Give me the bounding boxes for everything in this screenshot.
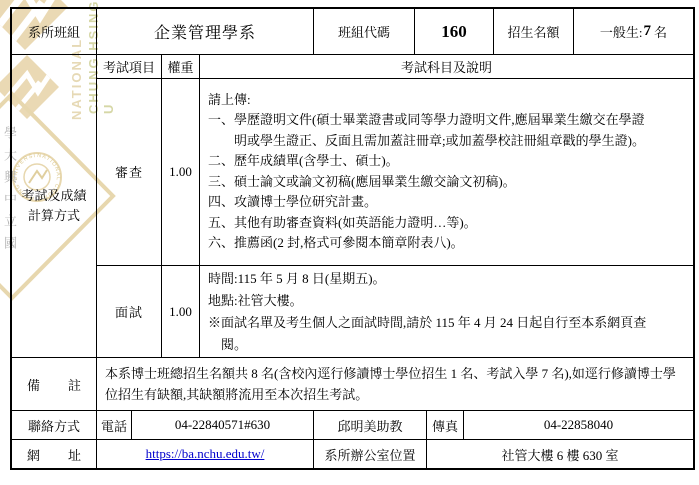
website-cell: https://ba.nchu.edu.tw/: [97, 440, 314, 468]
review-row: 審查 1.00 請上傳: 一、學歷證明文件(碩士畢業證書或同等學力證明文件,應屆…: [97, 79, 693, 266]
remarks-row: 備註 本系博士班總招生名額共 8 名(含校內逕行修讀博士學位招生 1 名、考試入…: [12, 358, 693, 411]
review-line: 明或學生證正、反面且需加蓋註冊章;或加蓋學校註冊組章戳的學生證)。: [208, 131, 645, 152]
office-location-value: 社管大樓 6 樓 630 室: [427, 440, 693, 468]
interview-weight: 1.00: [162, 266, 200, 357]
dept-name: 企業管理學系: [97, 9, 314, 54]
website-link[interactable]: https://ba.nchu.edu.tw/: [146, 446, 265, 462]
review-line: 四、攻讀博士學位研究計畫。: [208, 192, 377, 213]
interview-line: 時間:115 年 5 月 8 日(星期五)。: [208, 268, 386, 290]
remarks-line: 位招生有缺額,其缺額將流用至本次招生考試。: [105, 384, 368, 405]
review-item: 審查: [97, 79, 162, 265]
dept-row-label: 系所班組: [12, 9, 97, 54]
exam-desc-header: 考試科目及說明: [200, 55, 693, 78]
dept-row: 系所班組 企業管理學系 班組代碼 160 招生名額 一般生:7名: [12, 9, 693, 55]
review-line: 二、歷年成績單(含學士、碩士)。: [208, 151, 399, 172]
phone-label: 電話: [97, 411, 132, 439]
interview-line: 閱。: [208, 334, 247, 356]
website-row: 網址 https://ba.nchu.edu.tw/ 系所辦公室位置 社管大樓 …: [12, 440, 693, 468]
quota-suffix: 名: [654, 22, 667, 41]
contact-person: 邱明美助教: [314, 411, 427, 439]
review-line: 請上傳:: [208, 90, 251, 111]
fax-label: 傳真: [427, 411, 464, 439]
exam-weight-header: 權重: [162, 55, 200, 78]
class-code-value: 160: [415, 9, 494, 54]
exam-table: 考試項目 權重 考試科目及說明 審查 1.00 請上傳: 一、學歷證明文件(碩士…: [97, 55, 693, 357]
admission-info-table: 系所班組 企業管理學系 班組代碼 160 招生名額 一般生:7名 考試及成績計算…: [10, 7, 695, 470]
exam-header-row: 考試項目 權重 考試科目及說明: [97, 55, 693, 79]
website-label: 網址: [12, 440, 97, 468]
quota-prefix: 一般生:: [600, 22, 643, 41]
review-line: 五、其他有助審查資料(如英語能力證明…等)。: [208, 213, 477, 234]
contact-label: 聯絡方式: [12, 411, 97, 439]
interview-row: 面試 1.00 時間:115 年 5 月 8 日(星期五)。 地點:社管大樓。 …: [97, 266, 693, 357]
phone-number: 04-22840571#630: [132, 411, 314, 439]
review-weight: 1.00: [162, 79, 200, 265]
exam-item-header: 考試項目: [97, 55, 162, 78]
class-code-label: 班組代碼: [314, 9, 415, 54]
interview-line: 地點:社管大樓。: [208, 290, 303, 312]
remarks-label: 備註: [12, 358, 97, 410]
interview-line: ※面試名單及考生個人之面試時間,請於 115 年 4 月 24 日起自行至本系網…: [208, 312, 646, 334]
office-location-label: 系所辦公室位置: [314, 440, 427, 468]
review-line: 六、推薦函(2 封,格式可參閱本簡章附表八)。: [208, 233, 464, 254]
exam-method-label: 考試及成績計算方式: [12, 55, 97, 357]
quota-value: 一般生:7名: [574, 9, 693, 54]
exam-section: 考試及成績計算方式 考試項目 權重 考試科目及說明 審查 1.00 請上傳: 一…: [12, 55, 693, 358]
remarks-text: 本系博士班總招生名額共 8 名(含校內逕行修讀博士學位招生 1 名、考試入學 7…: [97, 358, 693, 410]
review-line: 一、學歷證明文件(碩士畢業證書或同等學力證明文件,應屆畢業生繳交在學證: [208, 110, 645, 131]
interview-item: 面試: [97, 266, 162, 357]
quota-label: 招生名額: [494, 9, 574, 54]
remarks-line: 本系博士班總招生名額共 8 名(含校內逕行修讀博士學位招生 1 名、考試入學 7…: [105, 363, 676, 384]
quota-number: 7: [644, 23, 652, 40]
contact-row: 聯絡方式 電話 04-22840571#630 邱明美助教 傳真 04-2285…: [12, 411, 693, 440]
interview-description: 時間:115 年 5 月 8 日(星期五)。 地點:社管大樓。 ※面試名單及考生…: [200, 266, 693, 357]
review-description: 請上傳: 一、學歷證明文件(碩士畢業證書或同等學力證明文件,應屆畢業生繳交在學證…: [200, 79, 693, 265]
review-line: 三、碩士論文或論文初稿(應屆畢業生繳交論文初稿)。: [208, 172, 516, 193]
fax-number: 04-22858040: [464, 411, 693, 439]
admission-brochure-page: NATIONAL CHUNG HSING UNIVERSITY NATIONAL…: [0, 0, 699, 485]
